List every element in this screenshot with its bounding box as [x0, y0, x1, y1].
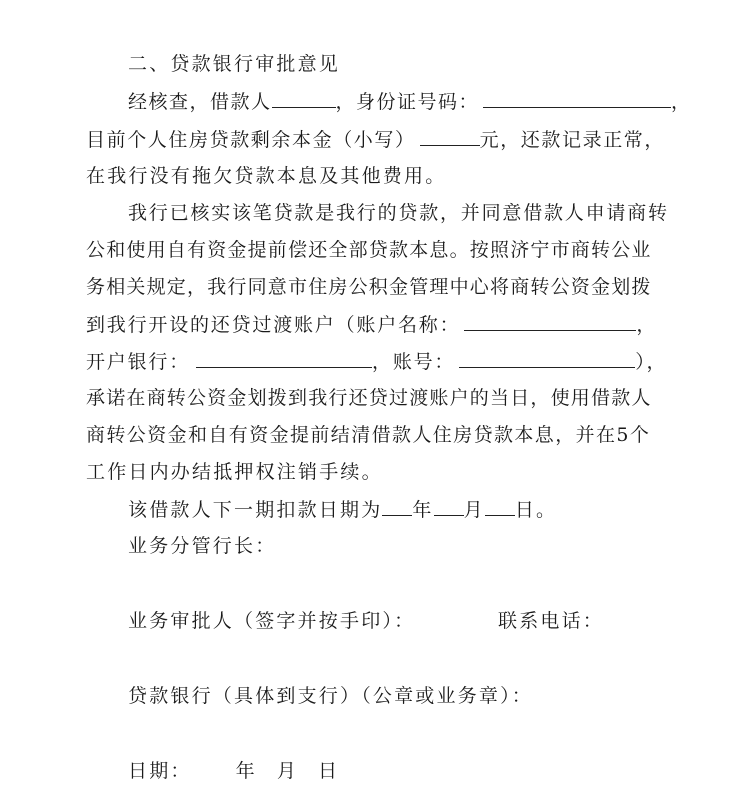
date-line: 日期：年月日: [128, 759, 656, 783]
text: ），: [635, 351, 667, 373]
para2-line6: 承诺在商转公资金划拨到我行还贷过渡账户的当日，使用借款人: [86, 386, 656, 410]
borrower-name-blank[interactable]: [272, 89, 336, 108]
para1-line3: 在我行没有拖欠贷款本息及其他费用。: [86, 164, 656, 188]
next-payment-line: 该借款人下一期扣款日期为年月日。: [128, 497, 656, 522]
para2-line1: 我行已核实该笔贷款是我行的贷款，并同意借款人申请商转: [128, 201, 656, 225]
para2-line4: 到我行开设的还贷过渡账户（账户名称：，: [86, 312, 656, 337]
text: 开户银行：: [86, 351, 190, 373]
text: ，账号：: [372, 351, 455, 373]
text: 日。: [515, 499, 557, 521]
para2-line8: 工作日内办结抵押权注销手续。: [86, 460, 656, 484]
account-name-blank[interactable]: [464, 312, 636, 331]
account-number-blank[interactable]: [459, 349, 635, 368]
principal-amount-blank[interactable]: [420, 127, 480, 146]
para1-line2: 目前个人住房贷款剩余本金（小写）元，还款记录正常，: [86, 127, 656, 152]
date-month: 月: [277, 760, 298, 782]
date-label: 日期：: [128, 760, 192, 782]
next-day-blank[interactable]: [485, 497, 515, 516]
text: 年: [412, 499, 433, 521]
text: ，: [636, 314, 657, 336]
date-day: 日: [318, 760, 339, 782]
next-month-blank[interactable]: [434, 497, 464, 516]
manager-label: 业务分管行长：: [128, 534, 656, 558]
text: 元，还款记录正常，: [480, 129, 665, 151]
date-year: 年: [236, 760, 257, 782]
id-number-blank[interactable]: [483, 89, 671, 108]
phone-label: 联系电话：: [498, 609, 658, 633]
text: ，: [671, 91, 692, 113]
next-year-blank[interactable]: [382, 497, 412, 516]
para2-line5: 开户银行：，账号：），: [86, 349, 656, 374]
text: 月: [464, 499, 485, 521]
para1-line1: 经核查，借款人，身份证号码：，: [128, 89, 656, 114]
text: 目前个人住房贷款剩余本金（小写）: [86, 129, 416, 151]
bank-seal-label: 贷款银行（具体到支行）（公章或业务章）：: [128, 684, 656, 708]
text: 到我行开设的还贷过渡账户（账户名称：: [86, 314, 460, 336]
text: ，身份证号码：: [336, 91, 480, 113]
bank-name-blank[interactable]: [196, 349, 372, 368]
text: 该借款人下一期扣款日期为: [128, 499, 382, 521]
section-title: 二、贷款银行审批意见: [128, 52, 656, 76]
para2-line3: 务相关规定，我行同意市住房公积金管理中心将商转公资金划拨: [86, 275, 656, 299]
para2-line7: 商转公资金和自有资金提前结清借款人住房贷款本息，并在5个: [86, 423, 656, 447]
para2-line2: 公和使用自有资金提前偿还全部贷款本息。按照济宁市商转公业: [86, 238, 656, 262]
text: 经核查，借款人: [128, 91, 272, 113]
